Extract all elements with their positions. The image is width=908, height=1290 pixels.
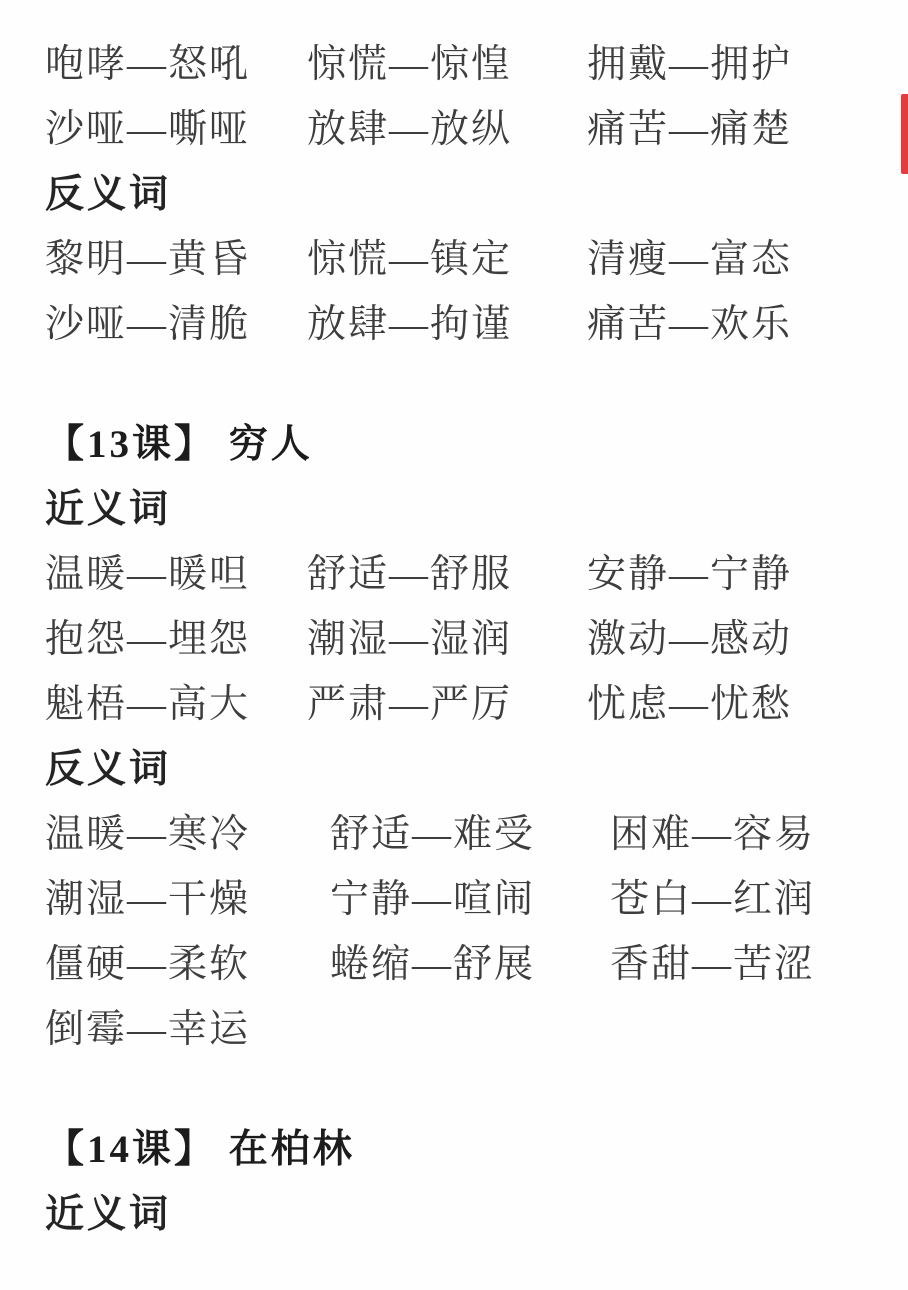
word-pair: 潮湿—湿润	[307, 608, 587, 664]
word-pair: 僵硬—柔软	[45, 933, 330, 989]
synonym-row: 咆哮—怒吼 惊慌—惊惶 拥戴—拥护	[45, 28, 878, 93]
word-pair: 严肃—严厉	[307, 673, 587, 729]
word-pair: 蜷缩—舒展	[330, 933, 610, 989]
antonym-row: 僵硬—柔软 蜷缩—舒展 香甜—苦涩	[45, 928, 878, 993]
word-pair: 拥戴—拥护	[587, 33, 792, 89]
word-pair: 咆哮—怒吼	[45, 33, 307, 89]
antonym-row: 沙哑—清脆 放肆—拘谨 痛苦—欢乐	[45, 288, 878, 353]
synonym-row: 魁梧—高大 严肃—严厉 忧虑—忧愁	[45, 668, 878, 733]
word-pair: 苍白—红润	[610, 868, 815, 924]
antonym-row: 黎明—黄昏 惊慌—镇定 清瘦—富态	[45, 223, 878, 288]
synonym-row: 抱怨—埋怨 潮湿—湿润 激动—感动	[45, 603, 878, 668]
word-pair: 抱怨—埋怨	[45, 608, 307, 664]
antonym-row: 潮湿—干燥 宁静—喧闹 苍白—红润	[45, 863, 878, 928]
word-pair: 惊慌—惊惶	[307, 33, 587, 89]
word-pair: 激动—感动	[587, 608, 792, 664]
word-pair: 放肆—放纵	[307, 98, 587, 154]
lesson-14-title: 【14课】 在柏林	[45, 1113, 878, 1178]
antonym-section-heading: 反义词	[45, 733, 878, 798]
word-list-document: 咆哮—怒吼 惊慌—惊惶 拥戴—拥护 沙哑—嘶哑 放肆—放纵 痛苦—痛楚 反义词 …	[0, 0, 908, 1243]
synonym-row: 温暖—暖呾 舒适—舒服 安静—宁静	[45, 538, 878, 603]
synonym-section-heading: 近义词	[45, 1178, 878, 1243]
word-pair: 痛苦—痛楚	[587, 98, 792, 154]
word-pair: 惊慌—镇定	[307, 228, 587, 284]
word-pair: 清瘦—富态	[587, 228, 792, 284]
word-pair: 倒霉—幸运	[45, 998, 330, 1054]
word-pair: 香甜—苦涩	[610, 933, 815, 989]
word-pair: 黎明—黄昏	[45, 228, 307, 284]
word-pair: 困难—容易	[610, 803, 815, 859]
word-pair: 沙哑—清脆	[45, 293, 307, 349]
word-pair: 温暖—寒冷	[45, 803, 330, 859]
antonym-section-heading: 反义词	[45, 158, 878, 223]
word-pair: 温暖—暖呾	[45, 543, 307, 599]
document-page: 咆哮—怒吼 惊慌—惊惶 拥戴—拥护 沙哑—嘶哑 放肆—放纵 痛苦—痛楚 反义词 …	[0, 0, 908, 1290]
word-pair: 舒适—舒服	[307, 543, 587, 599]
word-pair: 宁静—喧闹	[330, 868, 610, 924]
synonym-section-heading: 近义词	[45, 473, 878, 538]
word-pair: 放肆—拘谨	[307, 293, 587, 349]
lesson-13-title: 【13课】 穷人	[45, 408, 878, 473]
word-pair: 舒适—难受	[330, 803, 610, 859]
word-pair: 忧虑—忧愁	[587, 673, 792, 729]
word-pair: 沙哑—嘶哑	[45, 98, 307, 154]
word-pair: 痛苦—欢乐	[587, 293, 792, 349]
word-pair: 魁梧—高大	[45, 673, 307, 729]
synonym-row: 沙哑—嘶哑 放肆—放纵 痛苦—痛楚	[45, 93, 878, 158]
word-pair: 潮湿—干燥	[45, 868, 330, 924]
word-pair: 安静—宁静	[587, 543, 792, 599]
antonym-row: 倒霉—幸运	[45, 993, 878, 1058]
antonym-row: 温暖—寒冷 舒适—难受 困难—容易	[45, 798, 878, 863]
red-scrollbar-thumb[interactable]	[901, 94, 908, 174]
